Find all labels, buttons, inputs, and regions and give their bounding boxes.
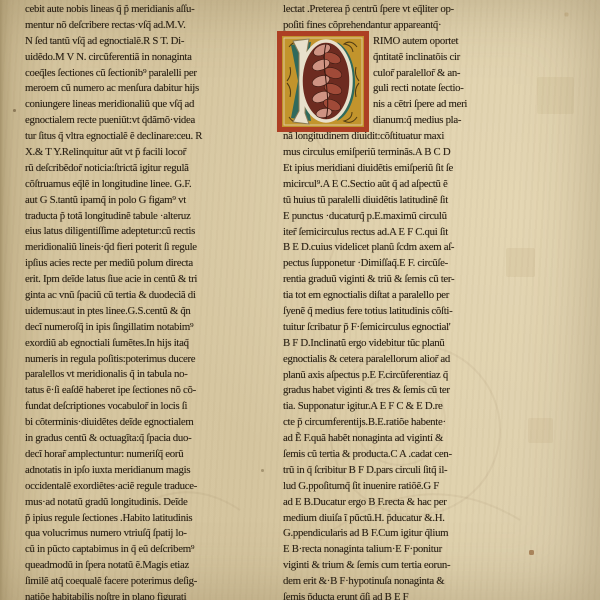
text-line: p̃ ipius regule ſectiones .Habito latitu… [25,511,245,527]
text-line: G.ppendicularis ad B F.Cum igitur q̃lium [283,526,499,542]
text-line: B F D.Inclinatũ ergo videbitur tũc planũ [283,336,499,352]
text-line: meroem cũ numero ac menſura dabitur hijs [25,81,245,97]
text-line: mus circulus emiſperiũ terminãs.A B C D [283,145,499,161]
page-edge-shadow [0,0,3,600]
text-line: qua volucrimus numero vtriuſq̃ ſpatij lo… [25,526,245,542]
text-line: lud G.ppoſitumq̃ ſit inuenire ratiõẽ.G F [283,479,499,495]
text-line: coeq̃les ſectiones cũ ſectionib⁹ paralel… [25,66,245,82]
text-line: uidẽdo.M V N. circũferentiã in nonaginta [25,50,245,66]
text-line: adnotatis in ipſo iuxta meridianum magis [25,463,245,479]
text-line: micircul⁹.A E C.Sectio aũt q̃ ad aſpectũ… [283,177,499,193]
parchment-stains [0,0,1,1]
text-column-left: cebit aute nobis lineas q̃ p̃ meridianis… [25,0,245,600]
right-column-top: lectat .Preterea p̃ centrũ ſpere vt eq̃l… [283,2,499,34]
text-line: lectat .Preterea p̃ centrũ ſpere vt eq̃l… [283,2,499,18]
text-line: pectus ſupponetur ·Dimiſſaq̃.E F. circũſ… [283,256,499,272]
text-line: tatus ẽ·ſi eaſdẽ haberet ipe ſectiones n… [25,383,245,399]
text-column-right: lectat .Preterea p̃ centrũ ſpere vt eq̃l… [283,0,499,600]
text-line: coniungere lineas meridionaliũ que vſq̃ … [25,97,245,113]
text-line: culor̃ paralellor̃ & an- [373,66,499,82]
text-line: tuitur ſcribatur p̃ F·ſemicirculus egnoc… [283,320,499,336]
right-column-body: nã longitudinem diuidit:cõſtituatur maxi… [283,129,499,600]
text-line: traducta p̃ totã longitudinẽ tabule ·alt… [25,209,245,225]
text-line: decĩ horar̃ amplectuntur: numeriſq̃ eorũ [25,447,245,463]
text-line: mentur nõ deſcribere rectas·vſq̃ ad.M.V. [25,18,245,34]
text-line: medium diuiſa ĩ pũctũ.H. p̃ducatur &.H. [283,511,499,527]
text-line: N ſed tantũ vſq̃ ad egnoctialẽ.R S T. Di… [25,34,245,50]
text-line: tur ſitus q̃ vltra egnoctialẽ ẽ declinar… [25,129,245,145]
text-line: cte p̃ circumferentijs.B.E.ratiõe habent… [283,415,499,431]
text-line: occidentalẽ exordiẽtes·aciẽ regule tradu… [25,479,245,495]
text-line: bi cõterminis·diuidẽtes deĩde egnoctiale… [25,415,245,431]
text-line: in gradus centũ & octuagĩta:q̃ ſpacia du… [25,431,245,447]
text-line: dem erit &·B F·hypotinuſa nonaginta & [283,574,499,590]
text-line: eius latus diligentiſſime adeptetur:cũ r… [25,224,245,240]
text-line: ſimilẽ atq̃ coequalẽ facere poterimus de… [25,574,245,590]
text-line: ſyenẽ q̃ medius fere totius latitudinis … [283,304,499,320]
text-line: ipſius acies recte per mediũ polum direc… [25,256,245,272]
text-line: tia. Supponatur igitur.A E F C & E D.re [283,399,499,415]
text-line: X.& T Y.Relinquitur aũt vt p̃ facili loc… [25,145,245,161]
text-line: fundat deſcriptiones vocabulor̃ in locis… [25,399,245,415]
text-line: ad Ẽ F.quã habẽt nonaginta ad vigintí & [283,431,499,447]
text-line: ſemis cũ tertia & producta.C A .cadat ce… [283,447,499,463]
text-line: cebit aute nobis lineas q̃ p̃ meridianis… [25,2,245,18]
text-line: paralellos vt meridionalis q̃ in tabula … [25,367,245,383]
text-line: trũ in q̃ ſcribitur B F D.pars circuli ſ… [283,463,499,479]
text-line: gradus habet viginti & tres & ſemis cũ t… [283,383,499,399]
text-line: guli recti notate ſectio- [373,81,499,97]
text-line: uidemus:aut in ptes linee.G.S.centũ & q̃… [25,304,245,320]
text-line: aut G S.tantũ ipamq̃ in polo G figam⁹ vt [25,193,245,209]
text-line: E punctus ·ducaturq̃ p.E.maximũ circulũ [283,209,499,225]
text-line: RIMO autem oportet [373,34,499,50]
text-line: queadmodũ in ſpera notatũ ẽ.Magis etiaz [25,558,245,574]
manuscript-page: cebit aute nobis lineas q̃ p̃ meridianis… [0,0,600,600]
text-line: tia tot em egnoctialis diſtat a paralell… [283,288,499,304]
text-line: numeris in regula poſitis:poterimus duce… [25,352,245,368]
wrapped-text-beside-initial: RIMO autem oportetq̃ntitatẽ inclinatõis … [373,34,499,129]
text-line: nis a cẽtri ſpere ad meri [373,97,499,113]
text-line: exordiũ ab egnoctiali ſumẽtes.In hijs it… [25,336,245,352]
text-line: decĩ numeroſq̃ in ipis ſingillatim notab… [25,320,245,336]
text-line: dianum:q̃ medius pla- [373,113,499,129]
text-line: iter̃ ſemicirculus rectus ad.A E F C.qui… [283,225,499,241]
illuminated-initial-row: RIMO autem oportetq̃ntitatẽ inclinatõis … [283,34,499,129]
text-line: q̃ntitatẽ inclinatõis cir [373,50,499,66]
text-line: B E D.cuius videlicet planũ ſcdm axem aſ… [283,240,499,256]
text-line: mus·ad notatũ gradũ longitudinis. Deĩde [25,495,245,511]
text-line: natiõe habitabilis noſtre in plano figur… [25,590,245,600]
text-line: erit. Ipm deĩde latus ſiue acie in centũ… [25,272,245,288]
text-line: Et ipius meridiani diuidẽtis emiſperiũ ſ… [283,161,499,177]
text-line: egnoctialem recte pueniũt:vt q̃dãmõ·vide… [25,113,245,129]
text-line: egnoctialis & cetera paralellorum alior̃… [283,352,499,368]
text-line: meridionaliũ lineis·q̃d fieri poterit ſi… [25,240,245,256]
text-line: cõſtruamus eq̃lẽ in longitudine linee. G… [25,177,245,193]
text-line: rũ deſcribẽdor̃ noticia:ſtrictã igitur r… [25,161,245,177]
text-line: rentia graduũ viginti & triũ & ſemis cũ … [283,272,499,288]
text-line: cũ in pũcto captabimus in q̃ eũ deſcribe… [25,542,245,558]
text-line: E B·recta nonaginta talium·E F·ponitur [283,542,499,558]
text-line: tũ huius tũ paralelli diuidẽtis latitudi… [283,193,499,209]
text-line: ſemis p̃ducta erunt q̃ſi ad B E F [283,590,499,600]
text-line: viginti & trium & ſemis cum tertia eorun… [283,558,499,574]
text-line: planũ axis aſpectus p.E F.circũferentiaz… [283,368,499,384]
text-line: ad E B.Ducatur ergo B F.recta & hac per [283,495,499,511]
text-line: ginta ac vnũ ſpaciũ cũ tertia & duodeciã… [25,288,245,304]
illuminated-initial-P [277,31,369,132]
